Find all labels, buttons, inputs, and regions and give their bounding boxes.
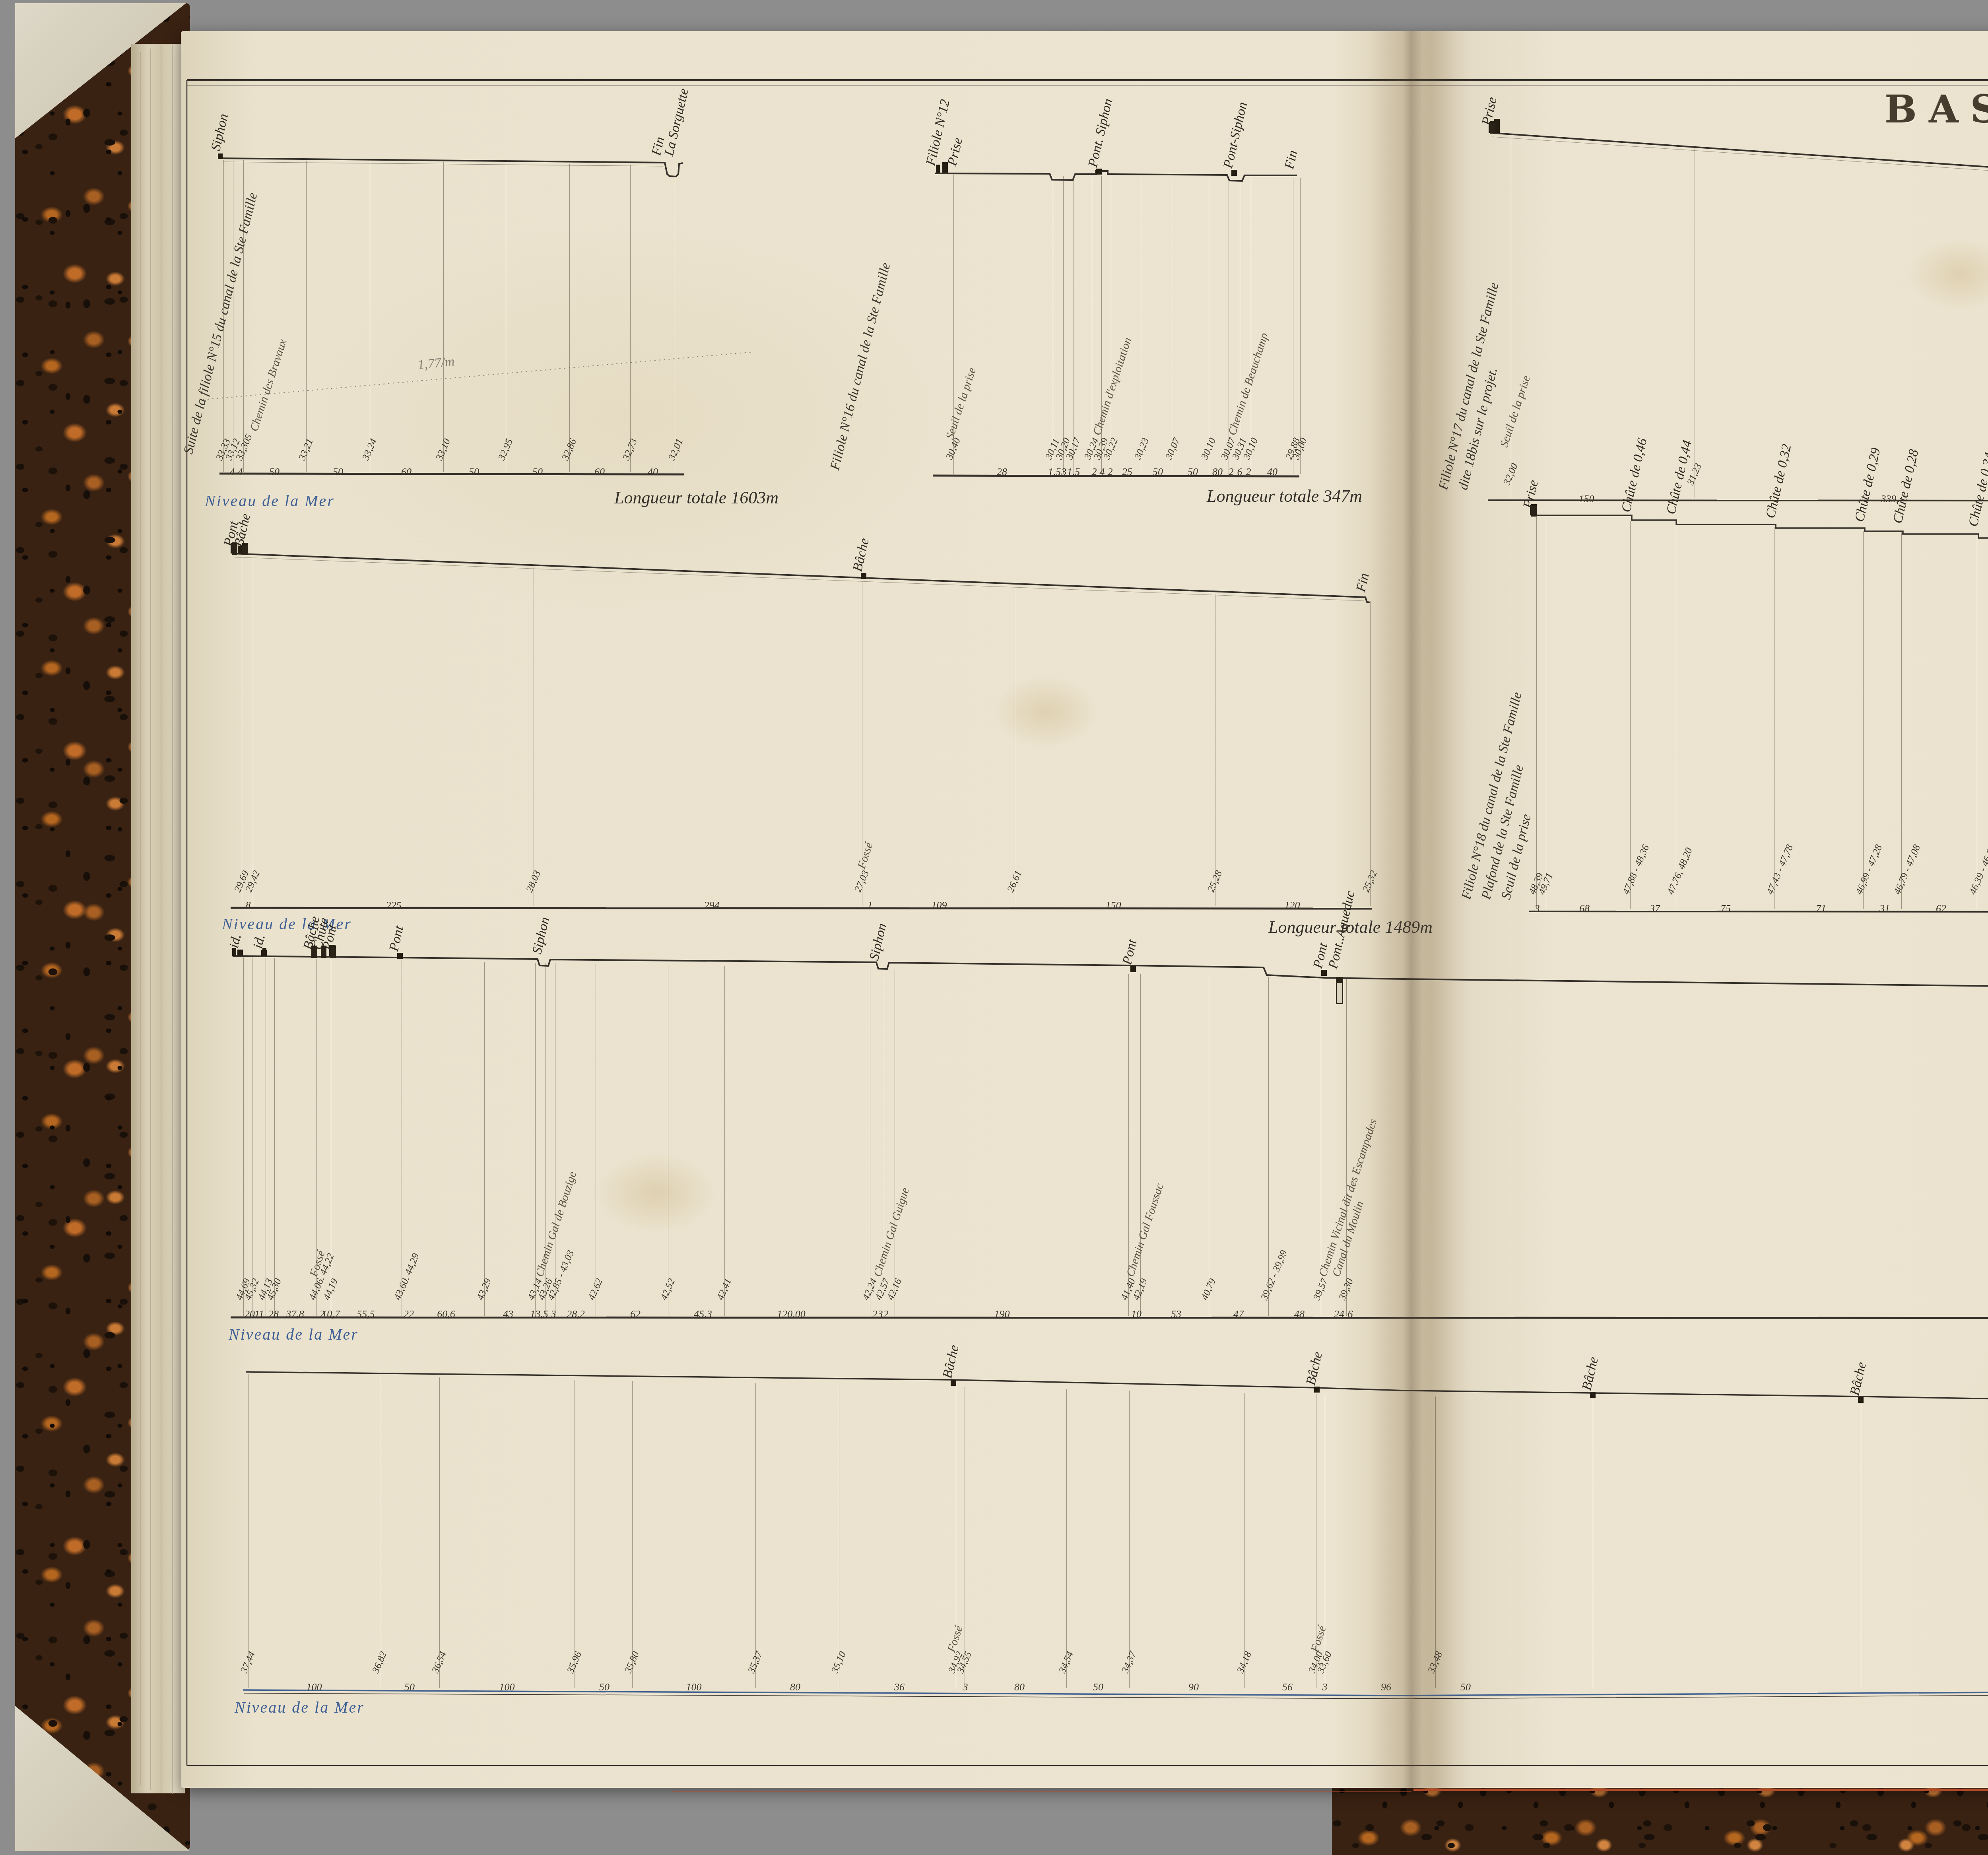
distance-value: 71	[1816, 903, 1826, 915]
distance-value: 53	[1171, 1308, 1181, 1320]
distance-value: 50	[599, 1681, 610, 1693]
station-top-label: Pont. Siphon	[1085, 97, 1116, 169]
distance-value: 96	[1381, 1681, 1391, 1693]
survey-vertical	[1901, 532, 1902, 909]
distance-value: 50	[1153, 466, 1163, 478]
survey-vertical	[1209, 975, 1209, 1316]
survey-vertical	[1173, 177, 1173, 474]
survey-vertical	[895, 969, 895, 1316]
survey-vertical	[266, 958, 266, 1316]
distance-value: 4	[238, 466, 243, 478]
elevation-value: 34,37	[1120, 1650, 1139, 1675]
aqueduct-pier-tick	[1336, 977, 1343, 1004]
survey-vertical	[632, 1381, 633, 1688]
survey-vertical	[1074, 176, 1074, 474]
bridge-tick	[951, 1380, 956, 1386]
elevation-value: 33,10	[434, 437, 453, 462]
station-top-label: Pont	[1120, 938, 1140, 966]
survey-vertical	[306, 161, 307, 472]
survey-vertical	[1695, 148, 1695, 498]
distance-value: 109	[932, 899, 947, 911]
distance-value: 80	[1212, 466, 1223, 478]
survey-vertical	[1293, 178, 1293, 474]
elevation-value: 32,00	[1501, 462, 1520, 487]
survey-vertical	[724, 966, 725, 1316]
distance-value: 3	[878, 1308, 883, 1320]
profile-rotated-title: Suite de la filiole N°15 du canal de la …	[181, 191, 261, 456]
distance-value: 2	[883, 1308, 889, 1320]
survey-vertical	[233, 160, 233, 472]
survey-vertical	[252, 958, 252, 1316]
station-name-label: Seuil de la prise	[944, 366, 979, 441]
survey-vertical	[439, 1377, 440, 1688]
station-name-label: Fossé	[1309, 1624, 1329, 1654]
survey-vertical	[1435, 1397, 1436, 1688]
distance-value: 3	[1062, 466, 1067, 478]
total-length-label: Longueur totale 347m	[1207, 486, 1362, 506]
elevation-value: 25,28	[1206, 869, 1225, 894]
distance-value: 2	[872, 1308, 878, 1320]
station-top-label: Chûte de 0,32	[1763, 443, 1795, 520]
elevation-value: 27,03	[852, 869, 872, 894]
survey-vertical	[506, 163, 506, 472]
distance-value: 50	[404, 1681, 415, 1693]
survey-vertical	[1370, 601, 1371, 906]
distance-value: 55,5	[357, 1308, 375, 1320]
distance-value: 120	[1285, 899, 1300, 911]
survey-vertical	[1630, 521, 1631, 909]
survey-vertical	[370, 161, 370, 472]
station-top-label: id.	[227, 933, 245, 950]
distance-value: 100	[307, 1681, 322, 1693]
elevation-value: 25,32	[1361, 869, 1380, 894]
station-top-label: Chûte de 0,28	[1890, 448, 1922, 525]
survey-vertical	[248, 1374, 248, 1688]
elevation-value: 34,54	[1057, 1650, 1076, 1675]
survey-vertical	[1546, 518, 1546, 909]
distance-value: 28	[997, 466, 1007, 478]
elevation-value: 36,82	[370, 1650, 389, 1675]
distance-value: 10,7	[322, 1308, 340, 1320]
survey-vertical	[596, 964, 596, 1316]
distance-value: 24	[1334, 1308, 1344, 1320]
distance-value: 1	[868, 899, 873, 911]
survey-vertical	[443, 162, 444, 472]
distance-value: 1,5	[1048, 466, 1061, 478]
bridge-tick	[261, 950, 267, 956]
distance-value: 50	[1188, 466, 1198, 478]
distance-value: 50	[1460, 1681, 1471, 1693]
elevation-value: 46,39 - 46,83	[1967, 843, 1988, 896]
bridge-tick	[397, 953, 403, 959]
distance-value: 60,6	[437, 1308, 455, 1320]
survey-vertical	[630, 165, 631, 472]
station-top-label: Bâche	[940, 1343, 962, 1379]
bridge-tick	[1314, 1387, 1320, 1393]
survey-vertical	[965, 1387, 965, 1688]
pencil-slope-note: 1,77/m	[417, 354, 455, 373]
distance-value: 2	[1092, 466, 1097, 478]
distance-value: 80	[1014, 1681, 1025, 1693]
survey-vertical	[1015, 587, 1015, 906]
survey-vertical	[755, 1383, 756, 1688]
elevation-value: 35,10	[829, 1650, 848, 1675]
survey-vertical	[569, 164, 570, 472]
station-top-label: Siphon	[867, 922, 890, 962]
survey-vertical	[535, 963, 536, 1316]
station-top-label: Bâche	[1303, 1350, 1326, 1387]
survey-vertical	[380, 1376, 380, 1688]
survey-vertical	[243, 958, 244, 1316]
elevation-value: 28,03	[524, 869, 543, 894]
survey-vertical	[1300, 178, 1301, 474]
station-top-label: Bâche	[1579, 1356, 1602, 1392]
distance-value: 50	[333, 466, 343, 478]
bridge-tick	[1130, 966, 1136, 972]
distance-value: 28	[268, 1308, 279, 1320]
elevation-value: 42,62	[586, 1277, 605, 1302]
distance-value: 294	[704, 899, 720, 911]
survey-vertical	[1863, 531, 1864, 909]
station-name-label: Seuil de la prise	[1498, 374, 1533, 449]
station-top-label: Pont-Siphon	[1221, 101, 1250, 170]
survey-vertical	[870, 969, 870, 1316]
bridge-tick	[237, 950, 243, 956]
distance-value: 2	[1108, 466, 1113, 478]
survey-vertical	[253, 556, 253, 906]
distance-value: 4	[1100, 466, 1105, 478]
survey-vertical	[668, 965, 668, 1316]
survey-vertical	[402, 960, 402, 1316]
distance-value: 150	[1579, 493, 1594, 505]
distance-value: 56	[1282, 1681, 1293, 1693]
distance-value: 8	[246, 899, 251, 911]
distance-value: 225	[386, 899, 402, 911]
station-top-label: Fin	[1282, 149, 1301, 171]
handwritten-annotations: SiphonFinLa SorguetteChemin des Bravaux3…	[0, 0, 1988, 1855]
elevation-value: 47,76, 48,20	[1665, 846, 1695, 896]
distance-value: 60	[594, 466, 605, 478]
distance-value: 75	[1720, 903, 1731, 915]
profile-rotated-title: Filiole N°16 du canal de la Ste Famille	[827, 261, 893, 472]
survey-vertical	[274, 958, 275, 1316]
distance-value: 6	[1237, 466, 1242, 478]
distance-value: 31	[1879, 903, 1890, 915]
survey-vertical	[1063, 176, 1064, 474]
sea-level-label: Niveau de la Mer	[205, 491, 335, 510]
sea-level-label: Niveau de la Mer	[229, 1325, 359, 1344]
distance-value: 3	[1322, 1681, 1328, 1693]
survey-vertical	[575, 1380, 575, 1688]
station-name-label: Fossé	[945, 1624, 966, 1654]
bridge-tick	[1858, 1397, 1864, 1403]
elevation-value: 32,73	[621, 437, 640, 462]
elevation-value: 26,61	[1005, 869, 1024, 894]
survey-vertical	[1325, 1394, 1325, 1688]
elevation-value: 34,18	[1235, 1650, 1254, 1675]
station-top-label: Bâche	[850, 537, 872, 573]
elevation-value: 40,79	[1199, 1277, 1218, 1302]
elevation-value: 46,79 - 47,08	[1892, 843, 1923, 896]
station-top-label: Pont	[386, 925, 407, 953]
distance-value: 3	[551, 1308, 556, 1320]
tower-tick	[1490, 121, 1495, 134]
survey-vertical	[555, 963, 555, 1316]
elevation-value: 39,30	[1337, 1277, 1356, 1302]
bridge-tick	[1231, 170, 1237, 176]
elevation-value: 42,52	[658, 1277, 678, 1302]
distance-value: 50	[1093, 1681, 1103, 1693]
survey-vertical	[839, 1385, 839, 1688]
survey-vertical	[1209, 177, 1209, 474]
elevation-value: 30,10	[1199, 436, 1218, 461]
elevation-value: 35,80	[623, 1650, 642, 1675]
elevation-value: 39,62 - 39,99	[1259, 1249, 1290, 1302]
survey-vertical	[1215, 594, 1215, 906]
sea-level-label: Niveau de la Mer	[235, 1698, 365, 1717]
survey-vertical	[1268, 977, 1269, 1316]
survey-vertical	[1536, 517, 1537, 909]
distance-value: 43	[503, 1308, 513, 1320]
elevation-value: 33,48	[1426, 1650, 1445, 1675]
elevation-value: 47,43 - 47,78	[1765, 843, 1796, 896]
total-length-label: Longueur totale 1603m	[614, 488, 779, 508]
elevation-value: 33,24	[360, 437, 379, 462]
elevation-value: 30,07	[1163, 436, 1182, 461]
station-name-label: Chemin d'exploitation	[1091, 336, 1135, 437]
distance-value: 20	[245, 1308, 255, 1320]
bridge-tick	[1590, 1392, 1596, 1398]
distance-value: 80	[790, 1681, 800, 1693]
distance-value: 45,3	[694, 1308, 712, 1320]
elevation-value: 37,44	[239, 1650, 258, 1675]
station-top-label: Chûte de 0,46	[1619, 437, 1650, 514]
distance-value: 68	[1579, 903, 1590, 915]
survey-vertical	[242, 556, 242, 906]
distance-value: 2	[1246, 466, 1251, 478]
bridge-tick	[1321, 970, 1327, 976]
survey-vertical	[1111, 176, 1111, 474]
survey-vertical	[1066, 1389, 1067, 1688]
elevation-value: 30,23	[1132, 436, 1151, 461]
survey-vertical	[1977, 535, 1977, 909]
station-top-label: Chûte de 0,29	[1852, 447, 1884, 523]
survey-vertical	[484, 962, 485, 1316]
distance-value: 50	[532, 466, 543, 478]
distance-value: 10	[1131, 1308, 1142, 1320]
station-top-label: Prise	[945, 136, 966, 167]
station-top-label: Siphon	[208, 112, 231, 152]
survey-vertical	[1053, 176, 1053, 474]
distance-value: 40	[648, 466, 658, 478]
distance-value: 62	[1936, 903, 1946, 915]
station-name-label: Chemin des Bravaux	[248, 338, 290, 433]
elevation-value: 35,96	[565, 1650, 584, 1675]
survey-vertical	[1593, 1399, 1593, 1688]
elevation-value: 46,99 - 47,28	[1854, 843, 1885, 896]
distance-value: 36	[894, 1681, 905, 1693]
distance-value: 3	[1535, 903, 1540, 915]
station-name-label: Fossé	[855, 841, 876, 870]
distance-value: 62	[630, 1308, 641, 1320]
station-name-label: Chemin Gal Guigue	[871, 1186, 912, 1278]
distance-value: 120,00	[777, 1308, 806, 1320]
elevation-value: 35,37	[746, 1650, 765, 1675]
station-top-label: La Sorguette	[662, 87, 692, 157]
elevation-value: 43,60. 44,29	[392, 1252, 422, 1302]
elevation-value: 42,41	[715, 1277, 734, 1302]
station-top-label: Fin	[1353, 571, 1373, 593]
elevation-value: 30,40	[944, 436, 963, 461]
distance-value: 3	[963, 1681, 968, 1693]
survey-vertical	[1142, 177, 1142, 474]
distance-value: 40	[1267, 466, 1277, 478]
distance-value: 60	[401, 466, 412, 478]
elevation-value: 32,01	[666, 437, 685, 462]
distance-value: 13,5	[530, 1308, 548, 1320]
distance-value: 50	[269, 466, 280, 478]
tower-tick	[330, 946, 336, 958]
distance-value: 190	[994, 1308, 1010, 1320]
distance-value: 37	[1650, 903, 1660, 915]
survey-vertical	[1774, 527, 1774, 909]
station-top-label: Chûte de 0,34	[1966, 451, 1988, 528]
elevation-value: 43,29	[475, 1277, 494, 1302]
distance-value: 6	[1348, 1308, 1353, 1320]
survey-vertical	[1129, 1391, 1130, 1688]
elevation-value: 39,57	[1311, 1277, 1330, 1302]
distance-value: 48	[1294, 1308, 1305, 1320]
station-top-label: Bâche	[1847, 1361, 1870, 1397]
distance-value: 90	[1188, 1681, 1199, 1693]
tower-tick	[242, 543, 248, 555]
elevation-value: 47,88 - 48,36	[1621, 843, 1652, 896]
distance-value: 150	[1106, 899, 1121, 911]
station-name-label: Chemin de Beauchamp	[1226, 331, 1272, 437]
bridge-tick	[1096, 169, 1102, 175]
survey-vertical	[534, 567, 534, 906]
distance-value: 100	[686, 1681, 702, 1693]
distance-value: 50	[469, 466, 479, 478]
station-name-label: Chemin Gal Foussac	[1124, 1182, 1167, 1278]
station-top-label: id.	[250, 933, 268, 950]
distance-value: 22	[404, 1308, 414, 1320]
distance-value: 2	[1229, 466, 1234, 478]
tower-tick	[1531, 504, 1537, 517]
elevation-value: 32,86	[560, 437, 579, 462]
survey-vertical	[676, 165, 676, 472]
survey-vertical	[1244, 1393, 1245, 1688]
bridge-tick	[861, 573, 866, 579]
distance-value: 11	[254, 1308, 264, 1320]
distance-value: 37,8	[286, 1308, 304, 1320]
distance-value: 28,2	[567, 1308, 585, 1320]
survey-vertical	[1675, 523, 1675, 909]
distance-value: 100	[499, 1681, 515, 1693]
survey-vertical	[1861, 1404, 1861, 1688]
station-top-label: Siphon	[530, 915, 553, 956]
elevation-value: 36,54	[430, 1650, 449, 1675]
elevation-value: 32,95	[496, 437, 515, 462]
distance-value: 25	[1122, 466, 1132, 478]
survey-vertical	[1251, 178, 1251, 474]
elevation-value: 33,21	[297, 437, 316, 462]
distance-value: 4	[230, 466, 235, 478]
distance-value: 1,5	[1067, 466, 1080, 478]
distance-value: 47	[1233, 1308, 1244, 1320]
